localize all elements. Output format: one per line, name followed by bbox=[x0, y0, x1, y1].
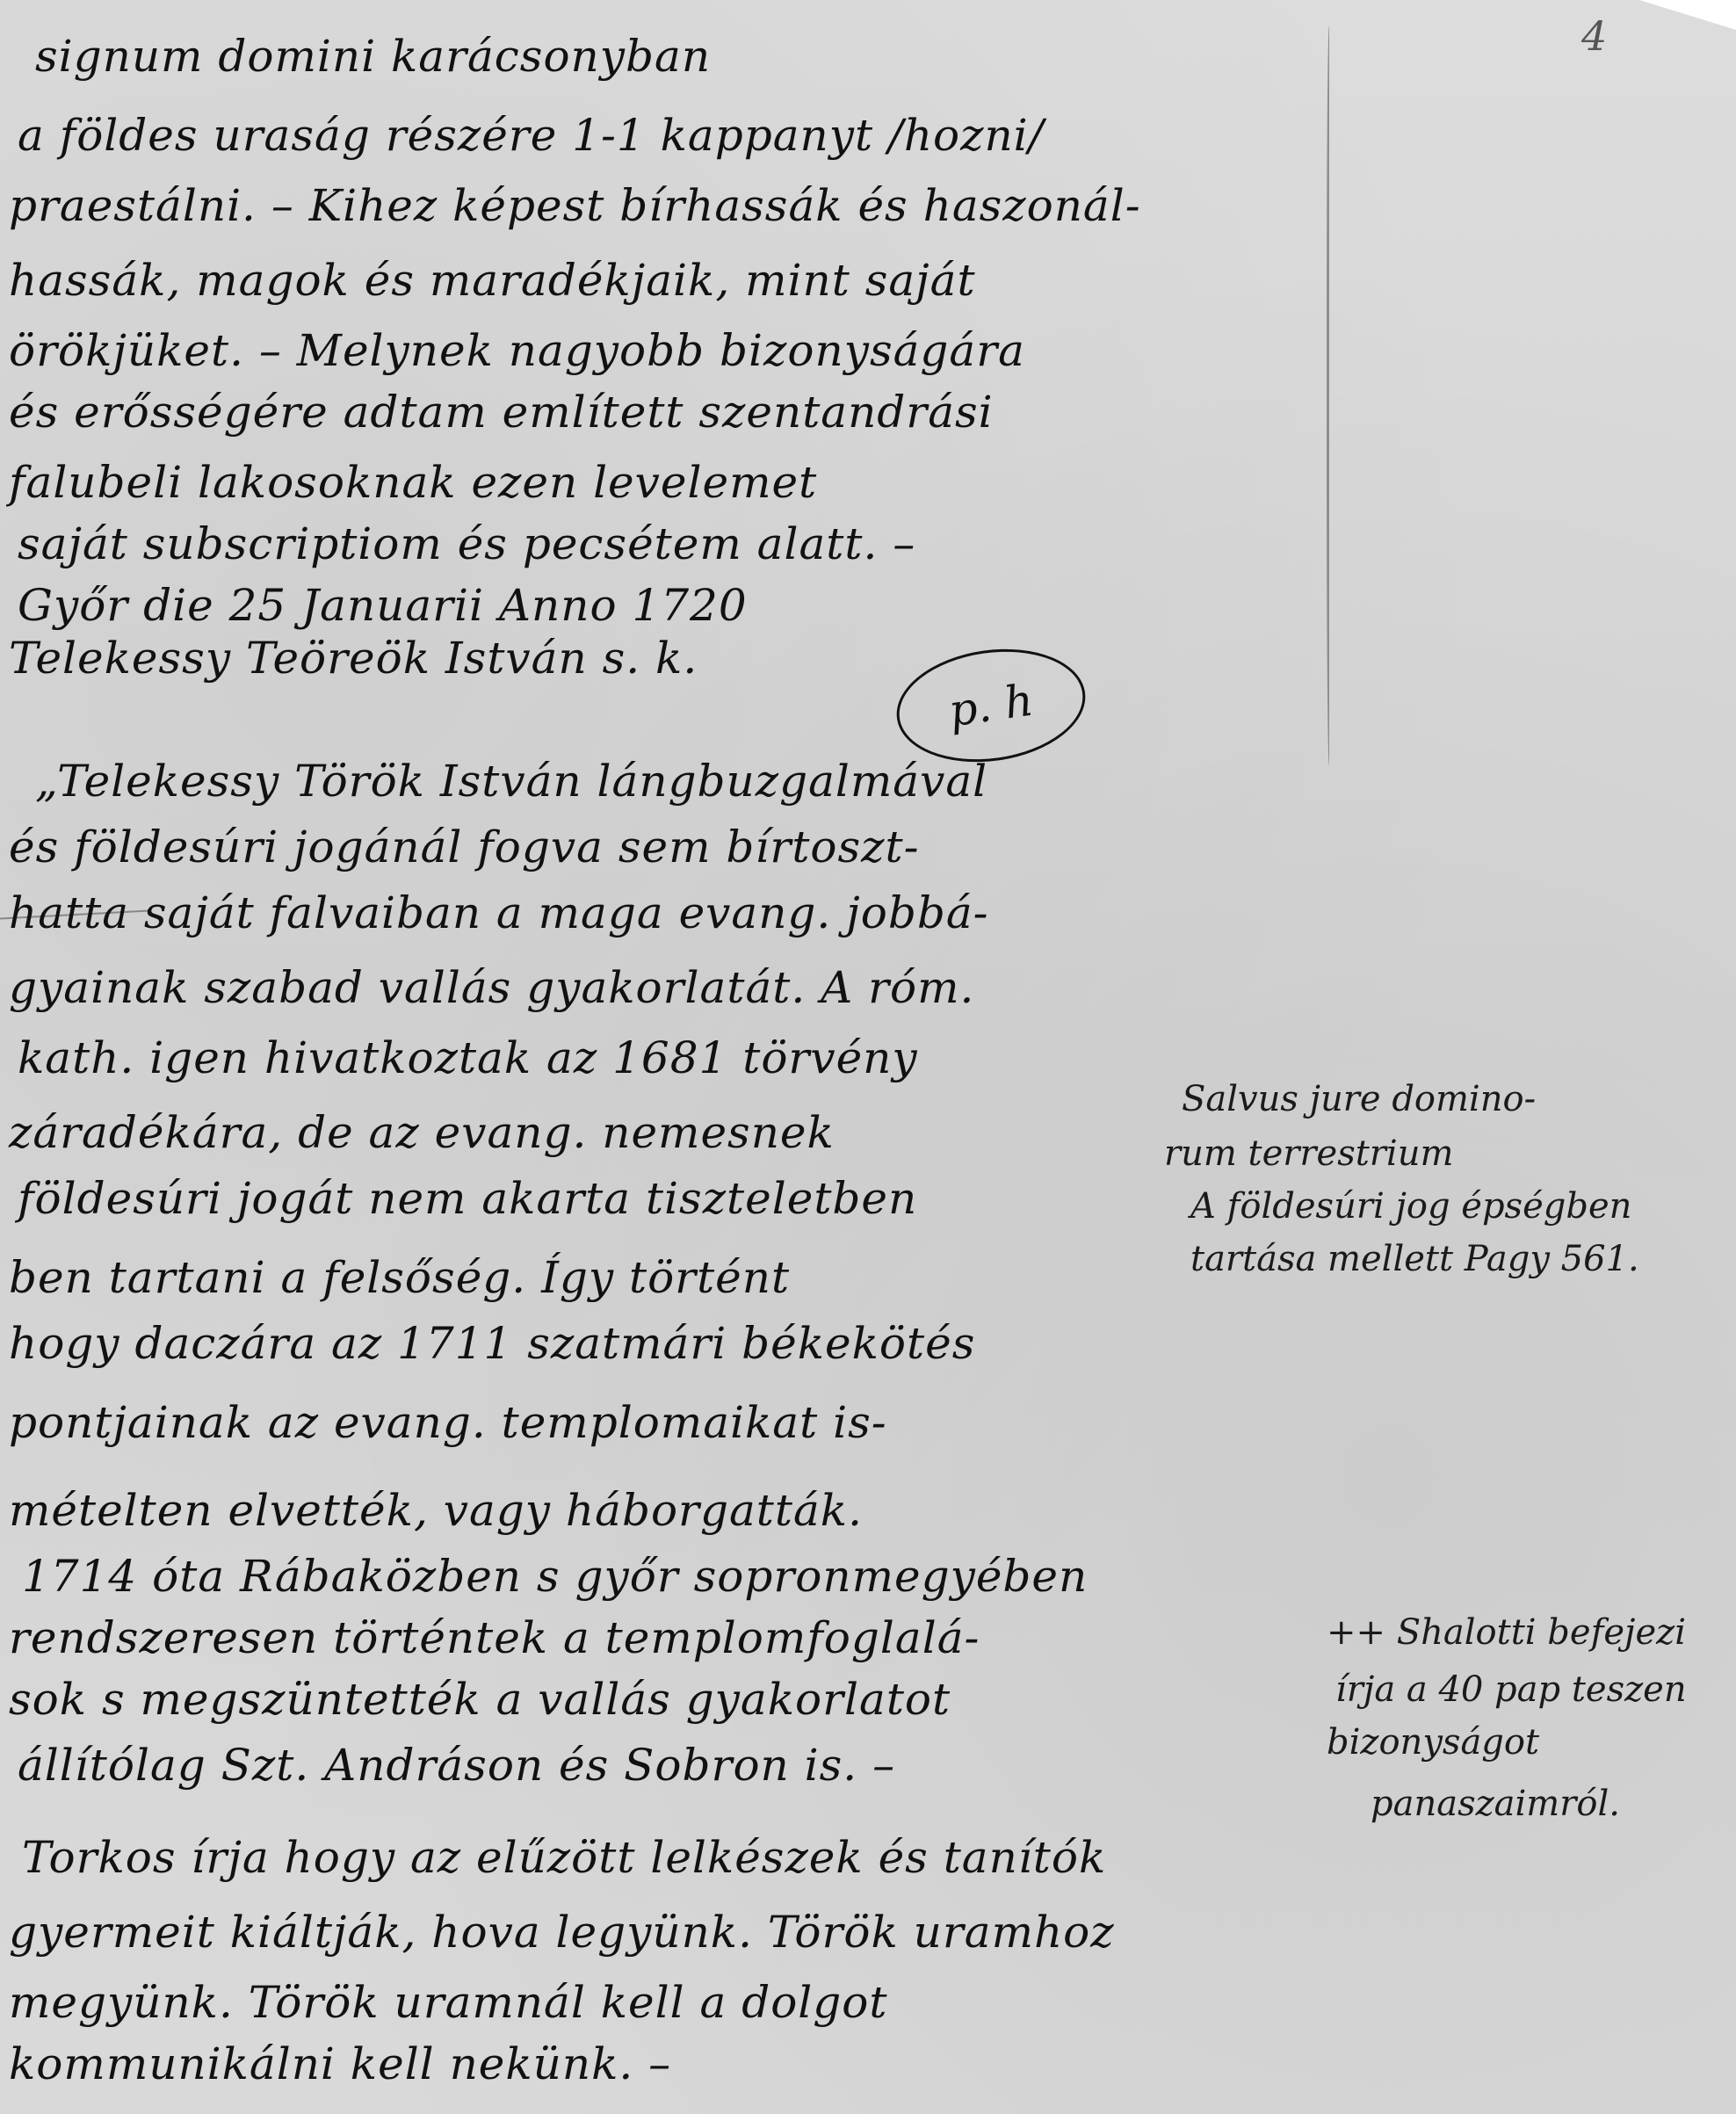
text-line: örökjüket. – Melynek nagyobb bizonyságár… bbox=[9, 325, 1025, 376]
text-line: 1714 óta Rábaközben s győr sopronmegyébe… bbox=[22, 1551, 1088, 1602]
page-number: 4 bbox=[1581, 12, 1607, 60]
manuscript-page: 4 signum domini karácsonybana földes ura… bbox=[0, 0, 1736, 2114]
text-line: rendszeresen történtek a templomfoglalá- bbox=[9, 1612, 980, 1663]
text-line: és földesúri jogánál fogva sem bírtoszt- bbox=[9, 822, 920, 872]
text-line: mételten elvették, vagy háborgatták. bbox=[9, 1485, 863, 1536]
text-line: „Telekessy Török István lángbuzgalmával bbox=[35, 756, 987, 807]
seal-mark: p. h bbox=[889, 638, 1092, 774]
text-line: kommunikálni kell nekünk. – bbox=[9, 2038, 671, 2089]
margin-note-line: A földesúri jog épségben bbox=[1190, 1186, 1631, 1227]
text-line: pontjainak az evang. templomaikat is- bbox=[9, 1397, 887, 1448]
text-line: állítólag Szt. Andráson és Sobron is. – bbox=[18, 1740, 895, 1791]
text-line: Telekessy Teöreök István s. k. bbox=[9, 633, 698, 684]
text-line: gyainak szabad vallás gyakorlatát. A róm… bbox=[9, 962, 974, 1013]
text-line: hogy daczára az 1711 szatmári békekötés bbox=[9, 1318, 975, 1369]
seal-label: p. h bbox=[945, 675, 1036, 737]
text-line: földesúri jogát nem akarta tiszteletben bbox=[18, 1173, 917, 1224]
margin-note-line: Salvus jure domino- bbox=[1182, 1079, 1536, 1119]
margin-note-line: rum terrestrium bbox=[1164, 1133, 1453, 1174]
margin-note-line: ++ Shalotti befejezi bbox=[1327, 1612, 1686, 1653]
text-line: signum domini karácsonyban bbox=[35, 31, 711, 82]
text-line: hassák, magok és maradékjaik, mint saját bbox=[9, 255, 976, 306]
margin-note-line: bizonyságot bbox=[1327, 1722, 1539, 1763]
text-line: hatta saját falvaiban a maga evang. jobb… bbox=[9, 887, 989, 938]
text-line: megyünk. Török uramnál kell a dolgot bbox=[9, 1977, 888, 2028]
text-line: a földes uraság részére 1-1 kappanyt /ho… bbox=[18, 110, 1045, 161]
text-line: sok s megszüntették a vallás gyakorlatot bbox=[9, 1674, 951, 1725]
text-line: saját subscriptiom és pecsétem alatt. – bbox=[18, 518, 915, 569]
text-line: Győr die 25 Januarii Anno 1720 bbox=[18, 580, 748, 631]
margin-note-line: tartása mellett Pagy 561. bbox=[1190, 1239, 1639, 1279]
pencil-margin-line bbox=[1327, 26, 1333, 764]
text-line: ben tartani a felsőség. Így történt bbox=[9, 1252, 790, 1303]
margin-note-line: írja a 40 pap teszen bbox=[1335, 1669, 1687, 1710]
text-line: praestálni. – Kihez képest bírhassák és … bbox=[9, 180, 1141, 231]
folded-corner bbox=[1639, 0, 1736, 30]
text-line: falubeli lakosoknak ezen levelemet bbox=[9, 457, 817, 508]
margin-note-line: panaszaimról. bbox=[1371, 1784, 1620, 1824]
text-line: záradékára, de az evang. nemesnek bbox=[9, 1107, 835, 1158]
text-line: és erősségére adtam említett szentandrás… bbox=[9, 387, 994, 438]
text-line: Torkos írja hogy az elűzött lelkészek és… bbox=[22, 1832, 1106, 1883]
text-line: gyermeit kiáltják, hova legyünk. Török u… bbox=[9, 1907, 1115, 1958]
text-line: kath. igen hivatkoztak az 1681 törvény bbox=[18, 1032, 918, 1083]
